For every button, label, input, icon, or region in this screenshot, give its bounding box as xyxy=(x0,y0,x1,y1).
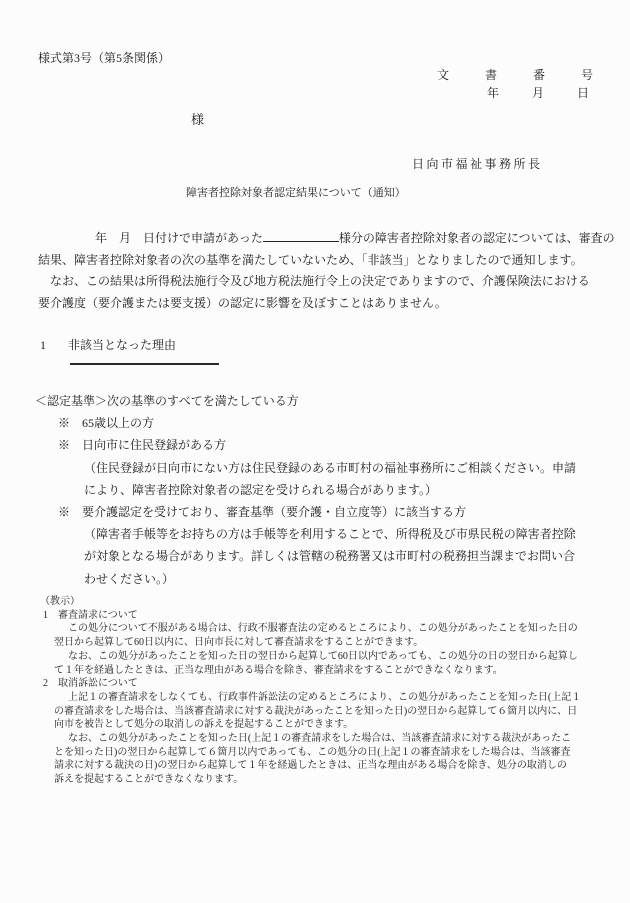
criteria-line: わせください。） xyxy=(35,568,615,590)
teaching-line: 訴えを提起することができなくなります。 xyxy=(40,773,608,787)
teaching-line: この処分について不服がある場合は、行政不服審査法の定めるところにより、この処分が… xyxy=(40,622,608,636)
date-label: 年月日 xyxy=(487,84,622,101)
teaching-line: の審査請求をした場合は、当該審査請求に対する裁決があったことを知った日)の翌日か… xyxy=(40,705,608,719)
criteria-header: ＜認定基準＞次の基準のすべてを満たしている方 xyxy=(35,390,615,412)
notice-line-1: 年 月 日付けで申請があった様分の障害者控除対象者の認定については、審査の xyxy=(38,228,618,250)
teaching-line: 1 審査請求について xyxy=(40,609,608,623)
addressee-suffix: 様 xyxy=(191,109,204,128)
teaching-line: なお、この処分があったことを知った日(上記１の審査請求をした場合は、当該審査請求… xyxy=(40,732,608,746)
criteria-line: により、障害者控除対象者の認定を受けられる場合があります。） xyxy=(35,479,615,501)
document-number-label: 文書番号 xyxy=(437,66,629,83)
teaching-line: 向市を被告として処分の取消しの訴えを提起することができます。 xyxy=(40,718,608,732)
teaching-line: 2 取消訴訟について xyxy=(40,677,608,691)
notice-paragraph: 年 月 日付けで申請があった様分の障害者控除対象者の認定については、審査の 結果… xyxy=(38,228,618,314)
teaching-line: 翌日から起算して60日以内に、日向市長に対して審査請求をすることができます。 xyxy=(40,636,608,650)
sender-title: 日向市福祉事務所長 xyxy=(412,155,543,172)
criteria-line: ※ 65歳以上の方 xyxy=(35,412,615,434)
form-number: 様式第3号（第5条関係） xyxy=(38,49,170,66)
reason-section-heading: 1非該当となった理由 xyxy=(40,336,176,353)
criteria-line: ※ 日向市に住民登録がある方 xyxy=(35,434,615,456)
reason-section-label: 非該当となった理由 xyxy=(68,338,176,352)
teaching-section: （教示） 1 審査請求について この処分について不服がある場合は、行政不服審査法… xyxy=(40,595,608,787)
criteria-line: ※ 要介護認定を受けており、審査基準（要介護・自立度等）に該当する方 xyxy=(35,501,615,523)
teaching-line: て１年を経過したときは、正当な理由がある場合を除き、審査請求をすることができなく… xyxy=(40,664,608,678)
document-title: 障害者控除対象者認定結果について（通知） xyxy=(186,184,406,200)
reason-section-number: 1 xyxy=(40,338,68,353)
teaching-label: （教示） xyxy=(40,595,608,609)
notice-line-3: なお、この結果は所得税法施行令及び地方税法施行令上の決定でありますので、介護保険… xyxy=(38,271,618,293)
criteria-line: （障害者手帳等をお持ちの方は手帳等を利用することで、所得税及び市県民税の障害者控… xyxy=(35,523,615,545)
notice-line-1-pre: 年 月 日付けで申請があった xyxy=(95,231,263,245)
notice-line-1-post: 様分の障害者控除対象者の認定については、審査の xyxy=(339,231,615,245)
teaching-line: とを知った日)の翌日から起算して６箇月以内であっても、この処分の日(上記１の審査… xyxy=(40,746,608,760)
notice-line-4: 要介護度（要介護または要支援）の認定に影響を及ぼすことはありません。 xyxy=(38,293,618,315)
criteria-section: ＜認定基準＞次の基準のすべてを満たしている方 ※ 65歳以上の方 ※ 日向市に住… xyxy=(35,390,615,590)
teaching-line: なお、この処分があったことを知った日の翌日から起算して60日以内であっても、この… xyxy=(40,650,608,664)
teaching-line: 請求に対する裁決の日)の翌日から起算して１年を経過したときは、正当な理由がある場… xyxy=(40,759,608,773)
criteria-line: （住民登録が日向市にない方は住民登録のある市町村の福祉事務所にご相談ください。申… xyxy=(35,457,615,479)
reason-blank-underline xyxy=(70,363,219,365)
teaching-line: 上記１の審査請求をしなくても、行政事件訴訟法の定めるところにより、この処分があっ… xyxy=(40,691,608,705)
notice-line-2: 結果、障害者控除対象者の次の基準を満たしていないため、「非該当」となりましたので… xyxy=(38,250,618,272)
notice-document-page: 様式第3号（第5条関係） 文書番号 年月日 様 日向市福祉事務所長 障害者控除対… xyxy=(0,0,630,903)
applicant-name-blank-field xyxy=(263,228,339,242)
criteria-line: が対象となる場合があります。詳しくは管轄の税務署又は市町村の税務担当課までお問い… xyxy=(35,545,615,567)
